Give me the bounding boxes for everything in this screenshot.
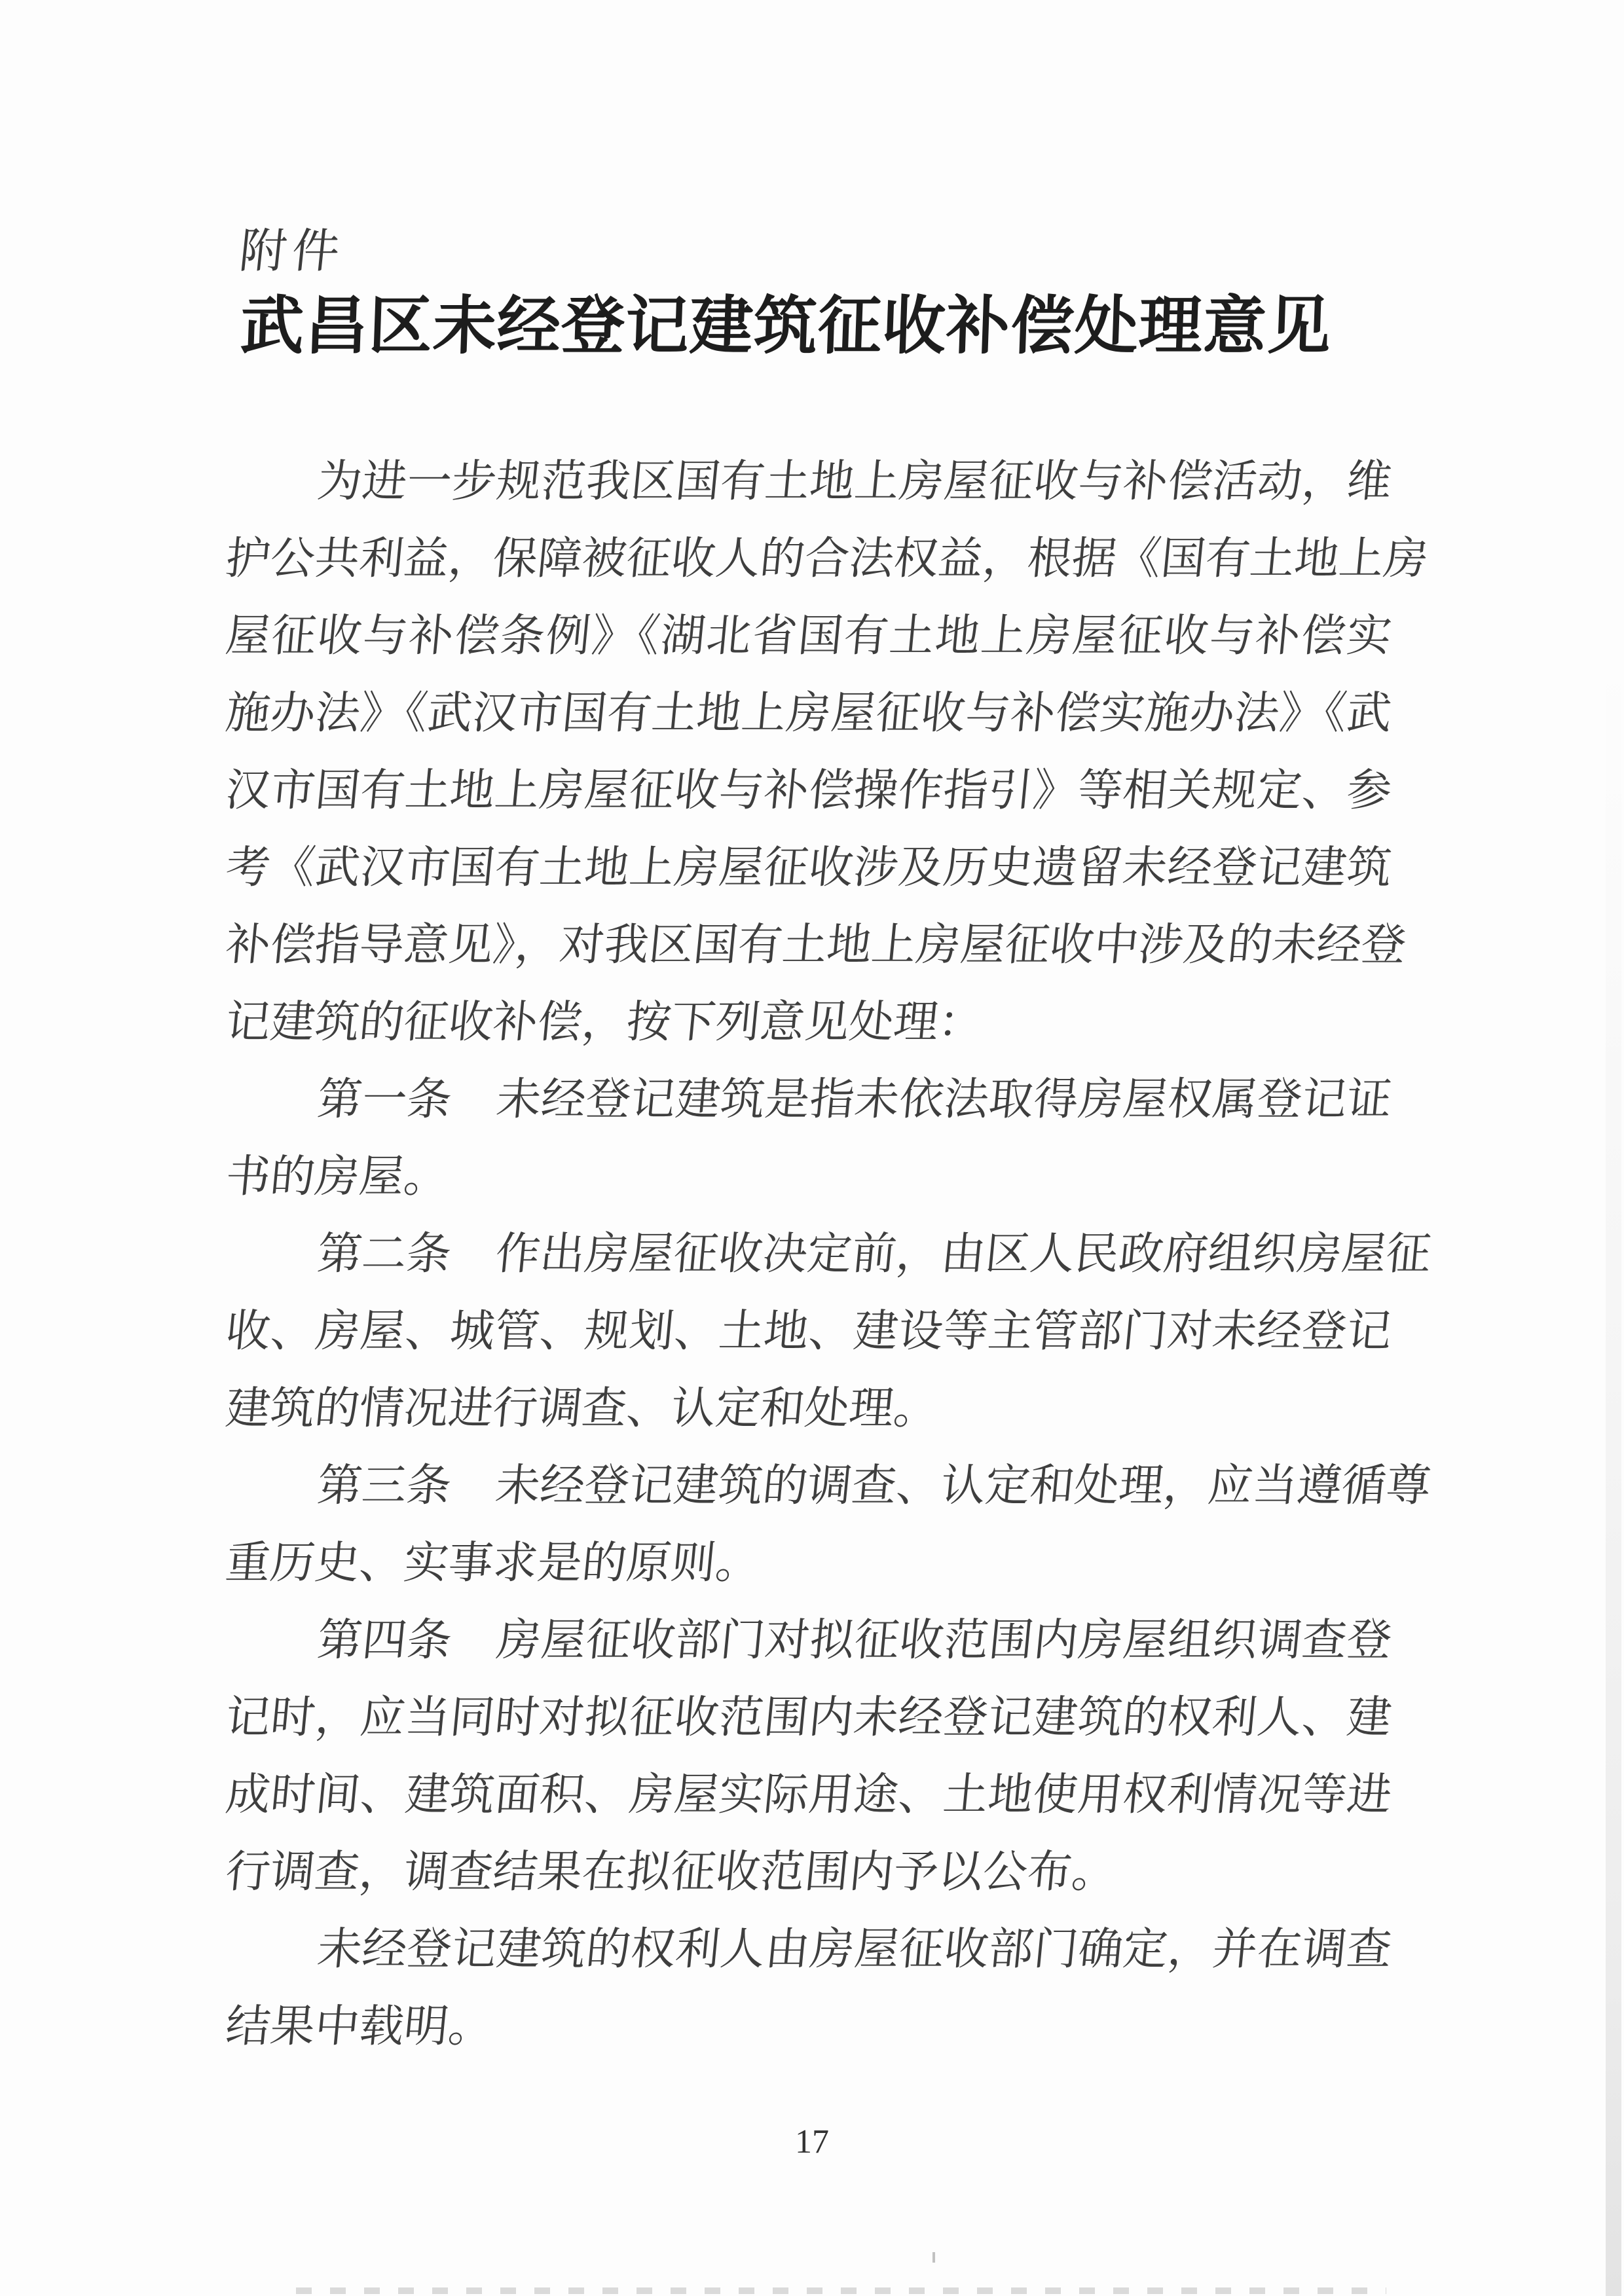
- body-line: 重历史、实事求是的原则。: [222, 1524, 1395, 1601]
- body-line-article-4: 第四条 房屋征收部门对拟征收范围内房屋组织调查登: [222, 1601, 1395, 1679]
- body-line: 记时，应当同时对拟征收范围内未经登记建筑的权利人、建: [222, 1679, 1395, 1756]
- scan-artifact-right-shadow: [1606, 655, 1621, 2296]
- document-title: 武昌区未经登记建筑征收补偿处理意见: [228, 287, 1344, 365]
- body-line: 屋征收与补偿条例》《湖北省国有土地上房屋征收与补偿实: [222, 597, 1395, 674]
- body-line: 行调查，调查结果在拟征收范围内予以公布。: [222, 1833, 1395, 1910]
- scanned-document-page: 附件 武昌区未经登记建筑征收补偿处理意见 为进一步规范我区国有土地上房屋征收与补…: [0, 0, 1624, 2296]
- scan-artifact-next-page-text: [296, 2287, 1386, 2294]
- attachment-label: 附件: [236, 220, 348, 283]
- body-line: 记建筑的征收补偿，按下列意见处理：: [222, 983, 1395, 1061]
- body-line: 施办法》《武汉市国有土地上房屋征收与补偿实施办法》《武: [222, 674, 1395, 752]
- body-line: 收、房屋、城管、规划、土地、建设等主管部门对未经登记: [222, 1292, 1395, 1370]
- body-line: 考《武汉市国有土地上房屋征收涉及历史遗留未经登记建筑: [222, 829, 1395, 906]
- body-line: 为进一步规范我区国有土地上房屋征收与补偿活动，维: [222, 443, 1395, 520]
- scan-artifact-speck: [932, 2252, 935, 2263]
- page-number: 17: [0, 2121, 1624, 2163]
- body-line: 未经登记建筑的权利人由房屋征收部门确定，并在调查: [222, 1910, 1395, 1988]
- body-line-article-2: 第二条 作出房屋征收决定前，由区人民政府组织房屋征: [222, 1215, 1395, 1292]
- body-line-article-1: 第一条 未经登记建筑是指未依法取得房屋权属登记证: [222, 1061, 1395, 1138]
- body-line: 汉市国有土地上房屋征收与补偿操作指引》等相关规定、参: [222, 752, 1395, 829]
- body-line: 护公共利益，保障被征收人的合法权益，根据《国有土地上房: [222, 520, 1395, 597]
- body-line: 书的房屋。: [222, 1138, 1395, 1215]
- body-line-article-3: 第三条 未经登记建筑的调查、认定和处理，应当遵循尊: [222, 1447, 1395, 1524]
- document-body: 为进一步规范我区国有土地上房屋征收与补偿活动，维 护公共利益，保障被征收人的合法…: [226, 443, 1392, 2065]
- body-line: 建筑的情况进行调查、认定和处理。: [222, 1370, 1395, 1447]
- body-line: 成时间、建筑面积、房屋实际用途、土地使用权利情况等进: [222, 1756, 1395, 1833]
- body-line: 结果中载明。: [222, 1988, 1395, 2065]
- body-line: 补偿指导意见》，对我区国有土地上房屋征收中涉及的未经登: [222, 906, 1395, 983]
